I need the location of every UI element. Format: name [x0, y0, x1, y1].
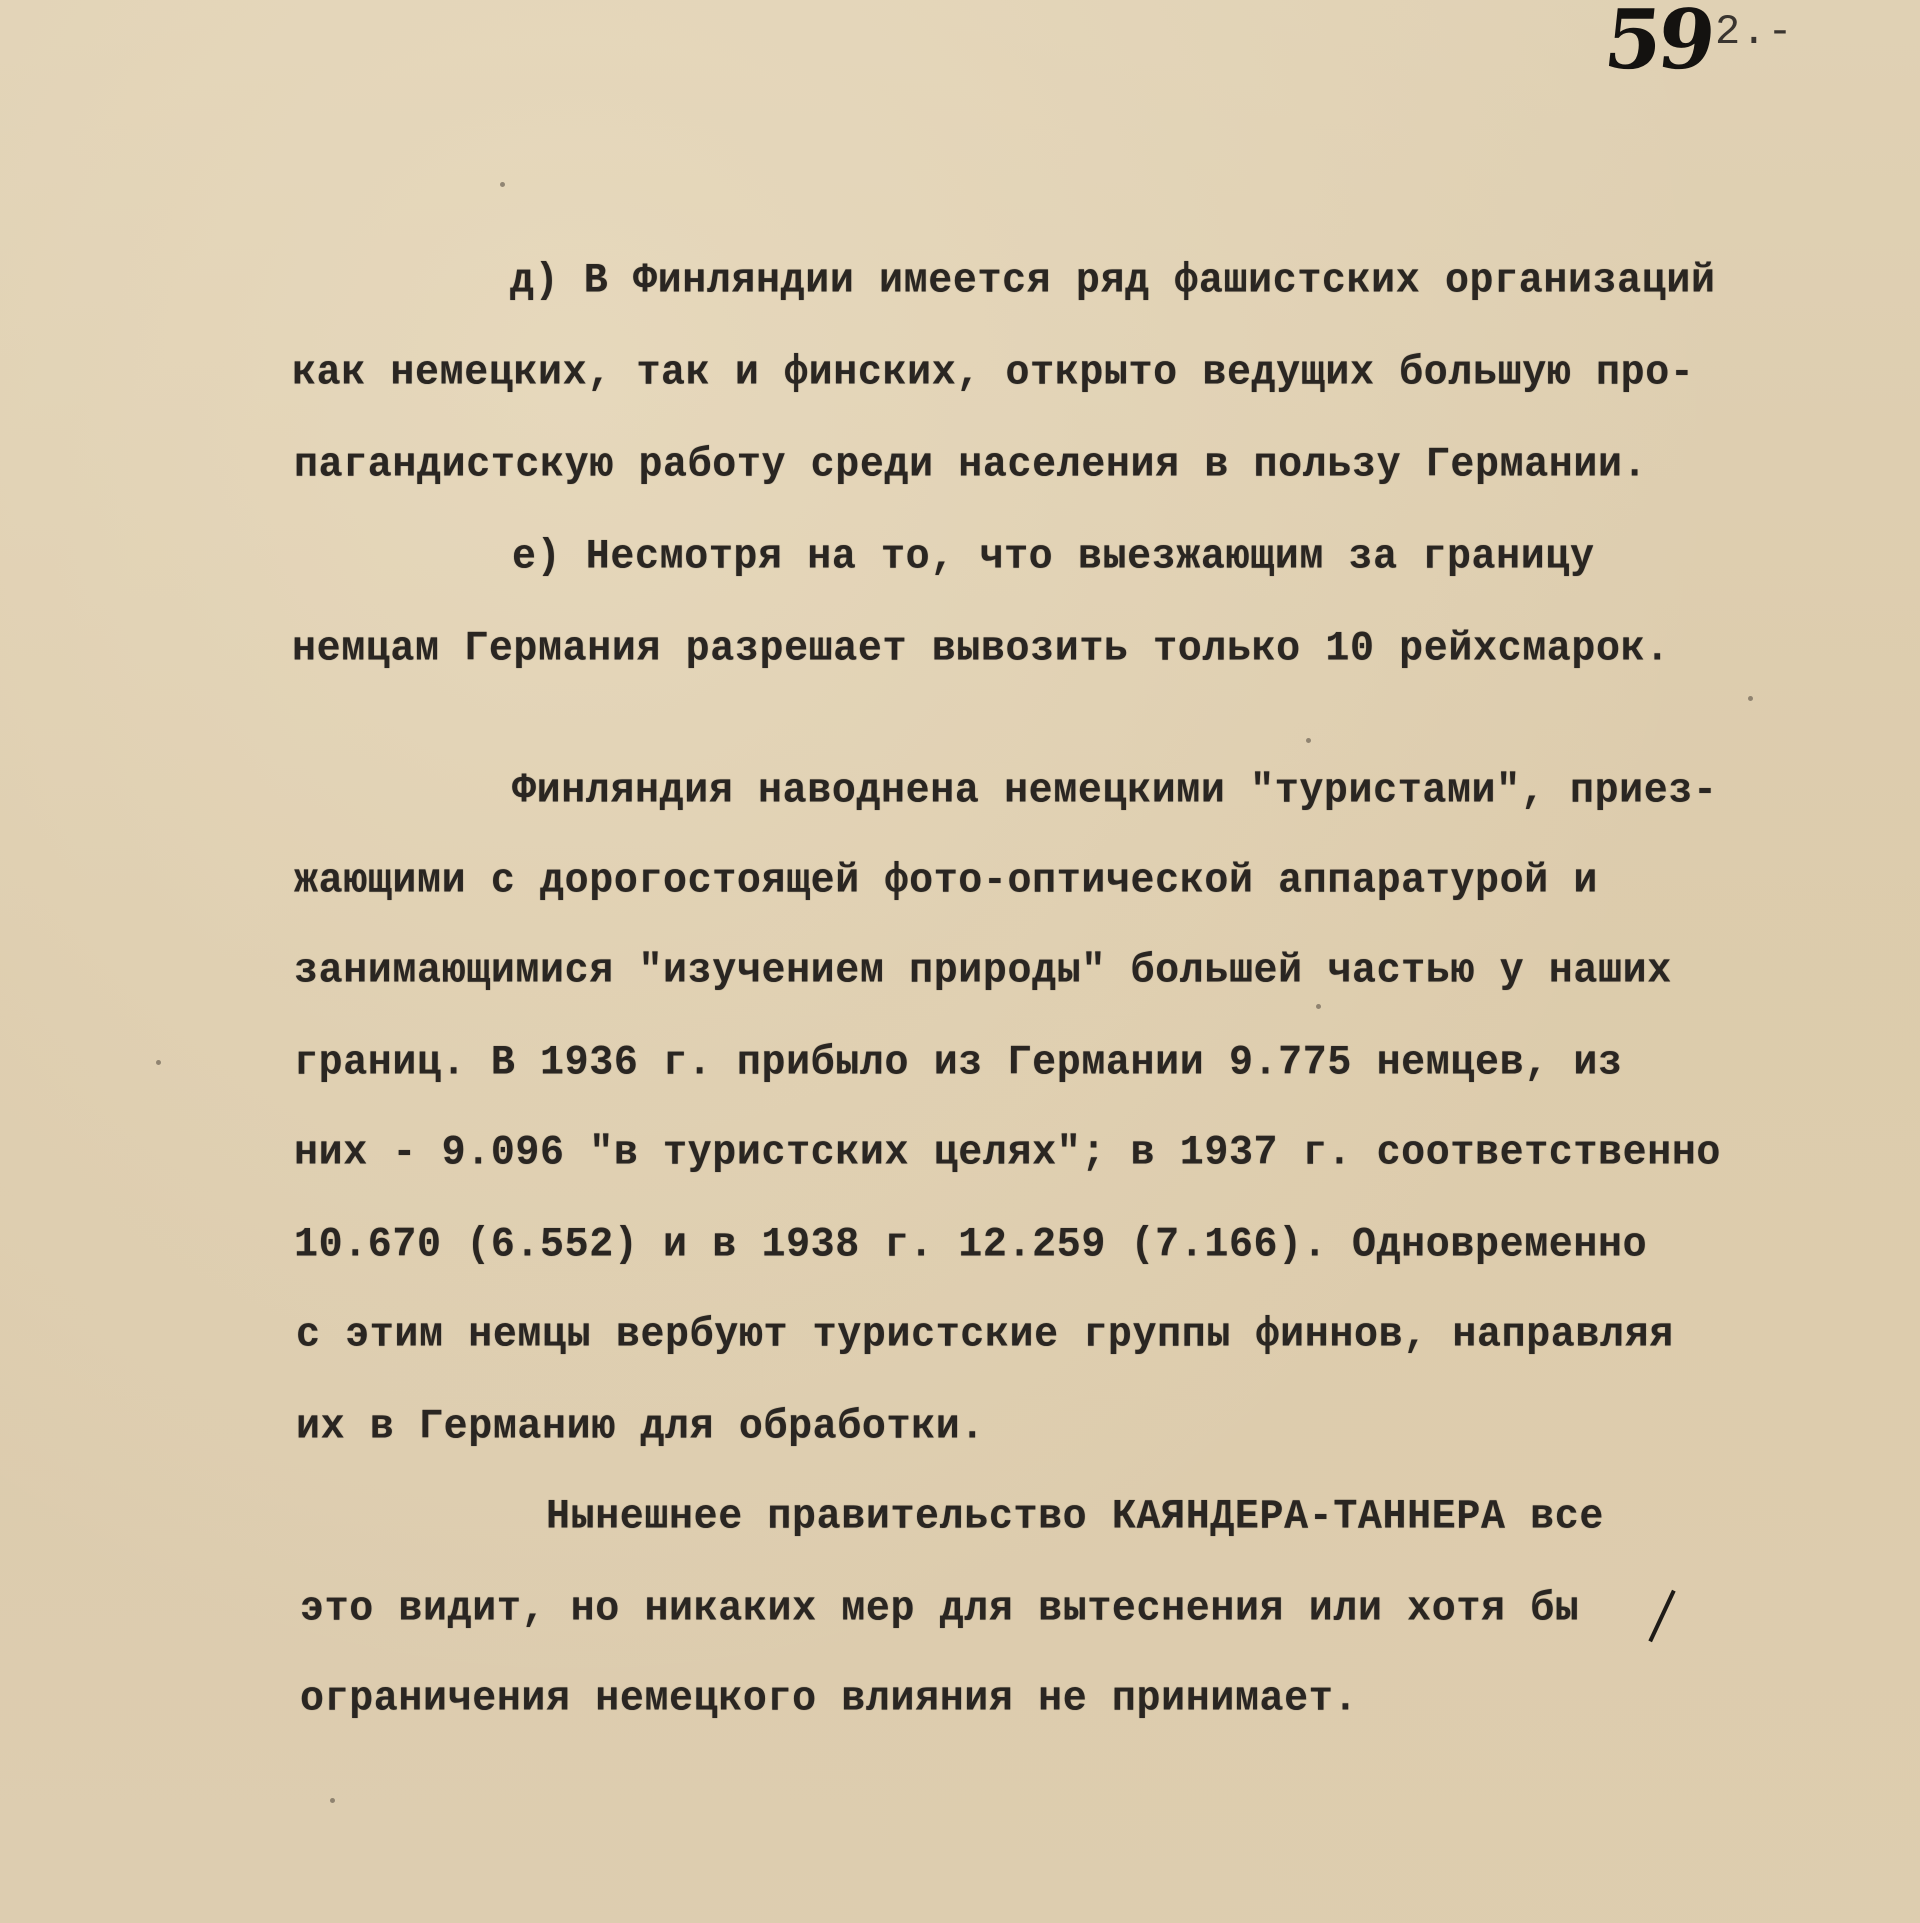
paragraph-d-line-3: пагандистскую работу среди населения в п… — [294, 442, 1647, 489]
paper-speck — [156, 1060, 161, 1065]
paragraph-d-line-1: д) В Финляндии имеется ряд фашистских ор… — [510, 258, 1716, 305]
paper-speck — [1748, 696, 1753, 701]
tourists-line-1: Финляндия наводнена немецкими "туристами… — [512, 768, 1718, 815]
tourists-line-5: них - 9.096 "в туристских целях"; в 1937… — [294, 1130, 1721, 1177]
tourists-line-6: 10.670 (6.552) и в 1938 г. 12.259 (7.166… — [294, 1222, 1647, 1269]
paper-speck — [1306, 738, 1311, 743]
paper-speck — [500, 182, 505, 187]
paragraph-d-line-2: как немецких, так и финских, открыто вед… — [292, 350, 1694, 397]
typed-page-number: 2.- — [1715, 8, 1794, 56]
paper-speck — [330, 1798, 335, 1803]
handwritten-page-number: 59 — [1600, 0, 1716, 88]
paper-speck — [1316, 1004, 1321, 1009]
tourists-line-8: их в Германию для обработки. — [296, 1404, 985, 1451]
paragraph-e-line-2: немцам Германия разрешает вывозить тольк… — [292, 626, 1670, 673]
tourists-line-4: границ. В 1936 г. прибыло из Германии 9.… — [294, 1040, 1623, 1087]
tourists-line-3: занимающимися "изучением природы" больше… — [294, 948, 1672, 995]
government-line-2: это видит, но никаких мер для вытеснения… — [300, 1586, 1579, 1633]
tourists-line-2: жающими с дорогостоящей фото-оптической … — [294, 858, 1598, 905]
tourists-line-7: с этим немцы вербуют туристские группы ф… — [296, 1312, 1674, 1359]
government-line-1: Нынешнее правительство КАЯНДЕРА-ТАННЕРА … — [546, 1494, 1604, 1541]
government-line-3: ограничения немецкого влияния не принима… — [300, 1676, 1358, 1723]
paragraph-e-line-1: е) Несмотря на то, что выезжающим за гра… — [512, 534, 1595, 581]
